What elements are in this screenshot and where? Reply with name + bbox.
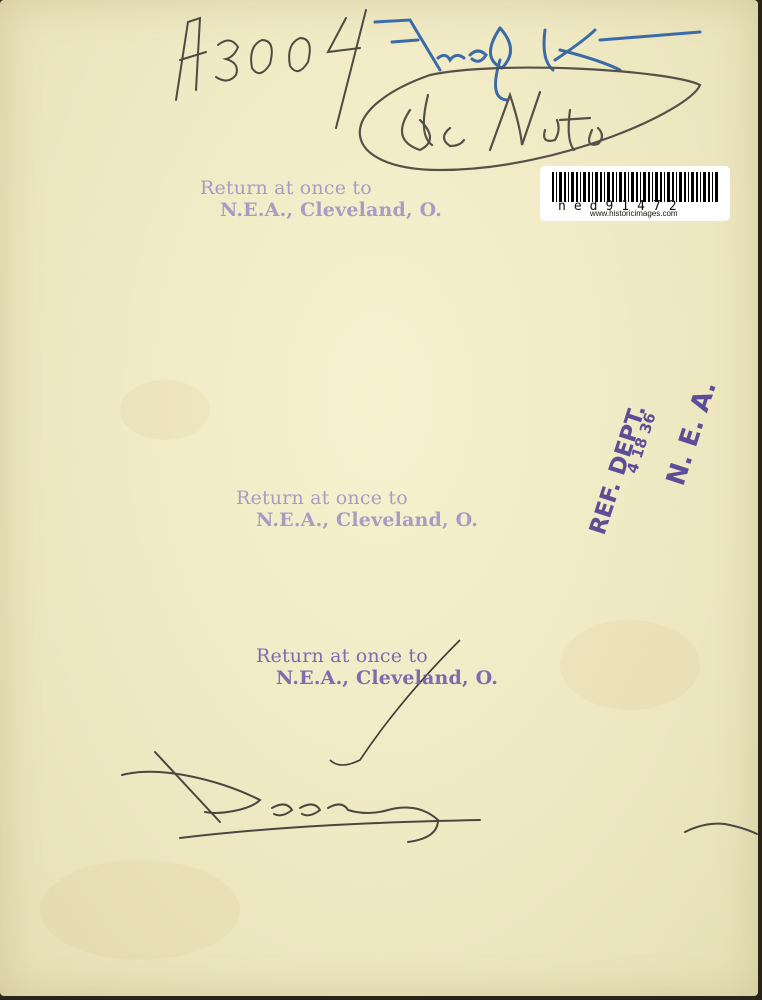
- stamp-line-1: Return at once to: [200, 177, 372, 199]
- photo-back-paper: Return at once to N.E.A., Cleveland, O. …: [0, 0, 758, 996]
- stamp-line-2: N.E.A., Cleveland, O.: [236, 510, 478, 532]
- return-stamp-2: Return at once to N.E.A., Cleveland, O.: [236, 488, 478, 532]
- barcode-bars: [552, 172, 720, 202]
- ref-dept-stamp: REF. DEPT. 4 18 36 N. E. A.: [575, 310, 705, 540]
- return-stamp-3: Return at once to N.E.A., Cleveland, O.: [256, 646, 498, 690]
- barcode-label: ned91472 www.historicimages.com: [540, 166, 730, 221]
- stamp-line-2: N.E.A., Cleveland, O.: [200, 200, 442, 222]
- stamp-line-1: Return at once to: [256, 645, 428, 667]
- barcode-url: www.historicimages.com: [590, 209, 678, 218]
- stamp-line-1: Return at once to: [236, 487, 408, 509]
- stamp-line-2: N.E.A., Cleveland, O.: [256, 668, 498, 690]
- return-stamp-1: Return at once to N.E.A., Cleveland, O.: [200, 178, 442, 222]
